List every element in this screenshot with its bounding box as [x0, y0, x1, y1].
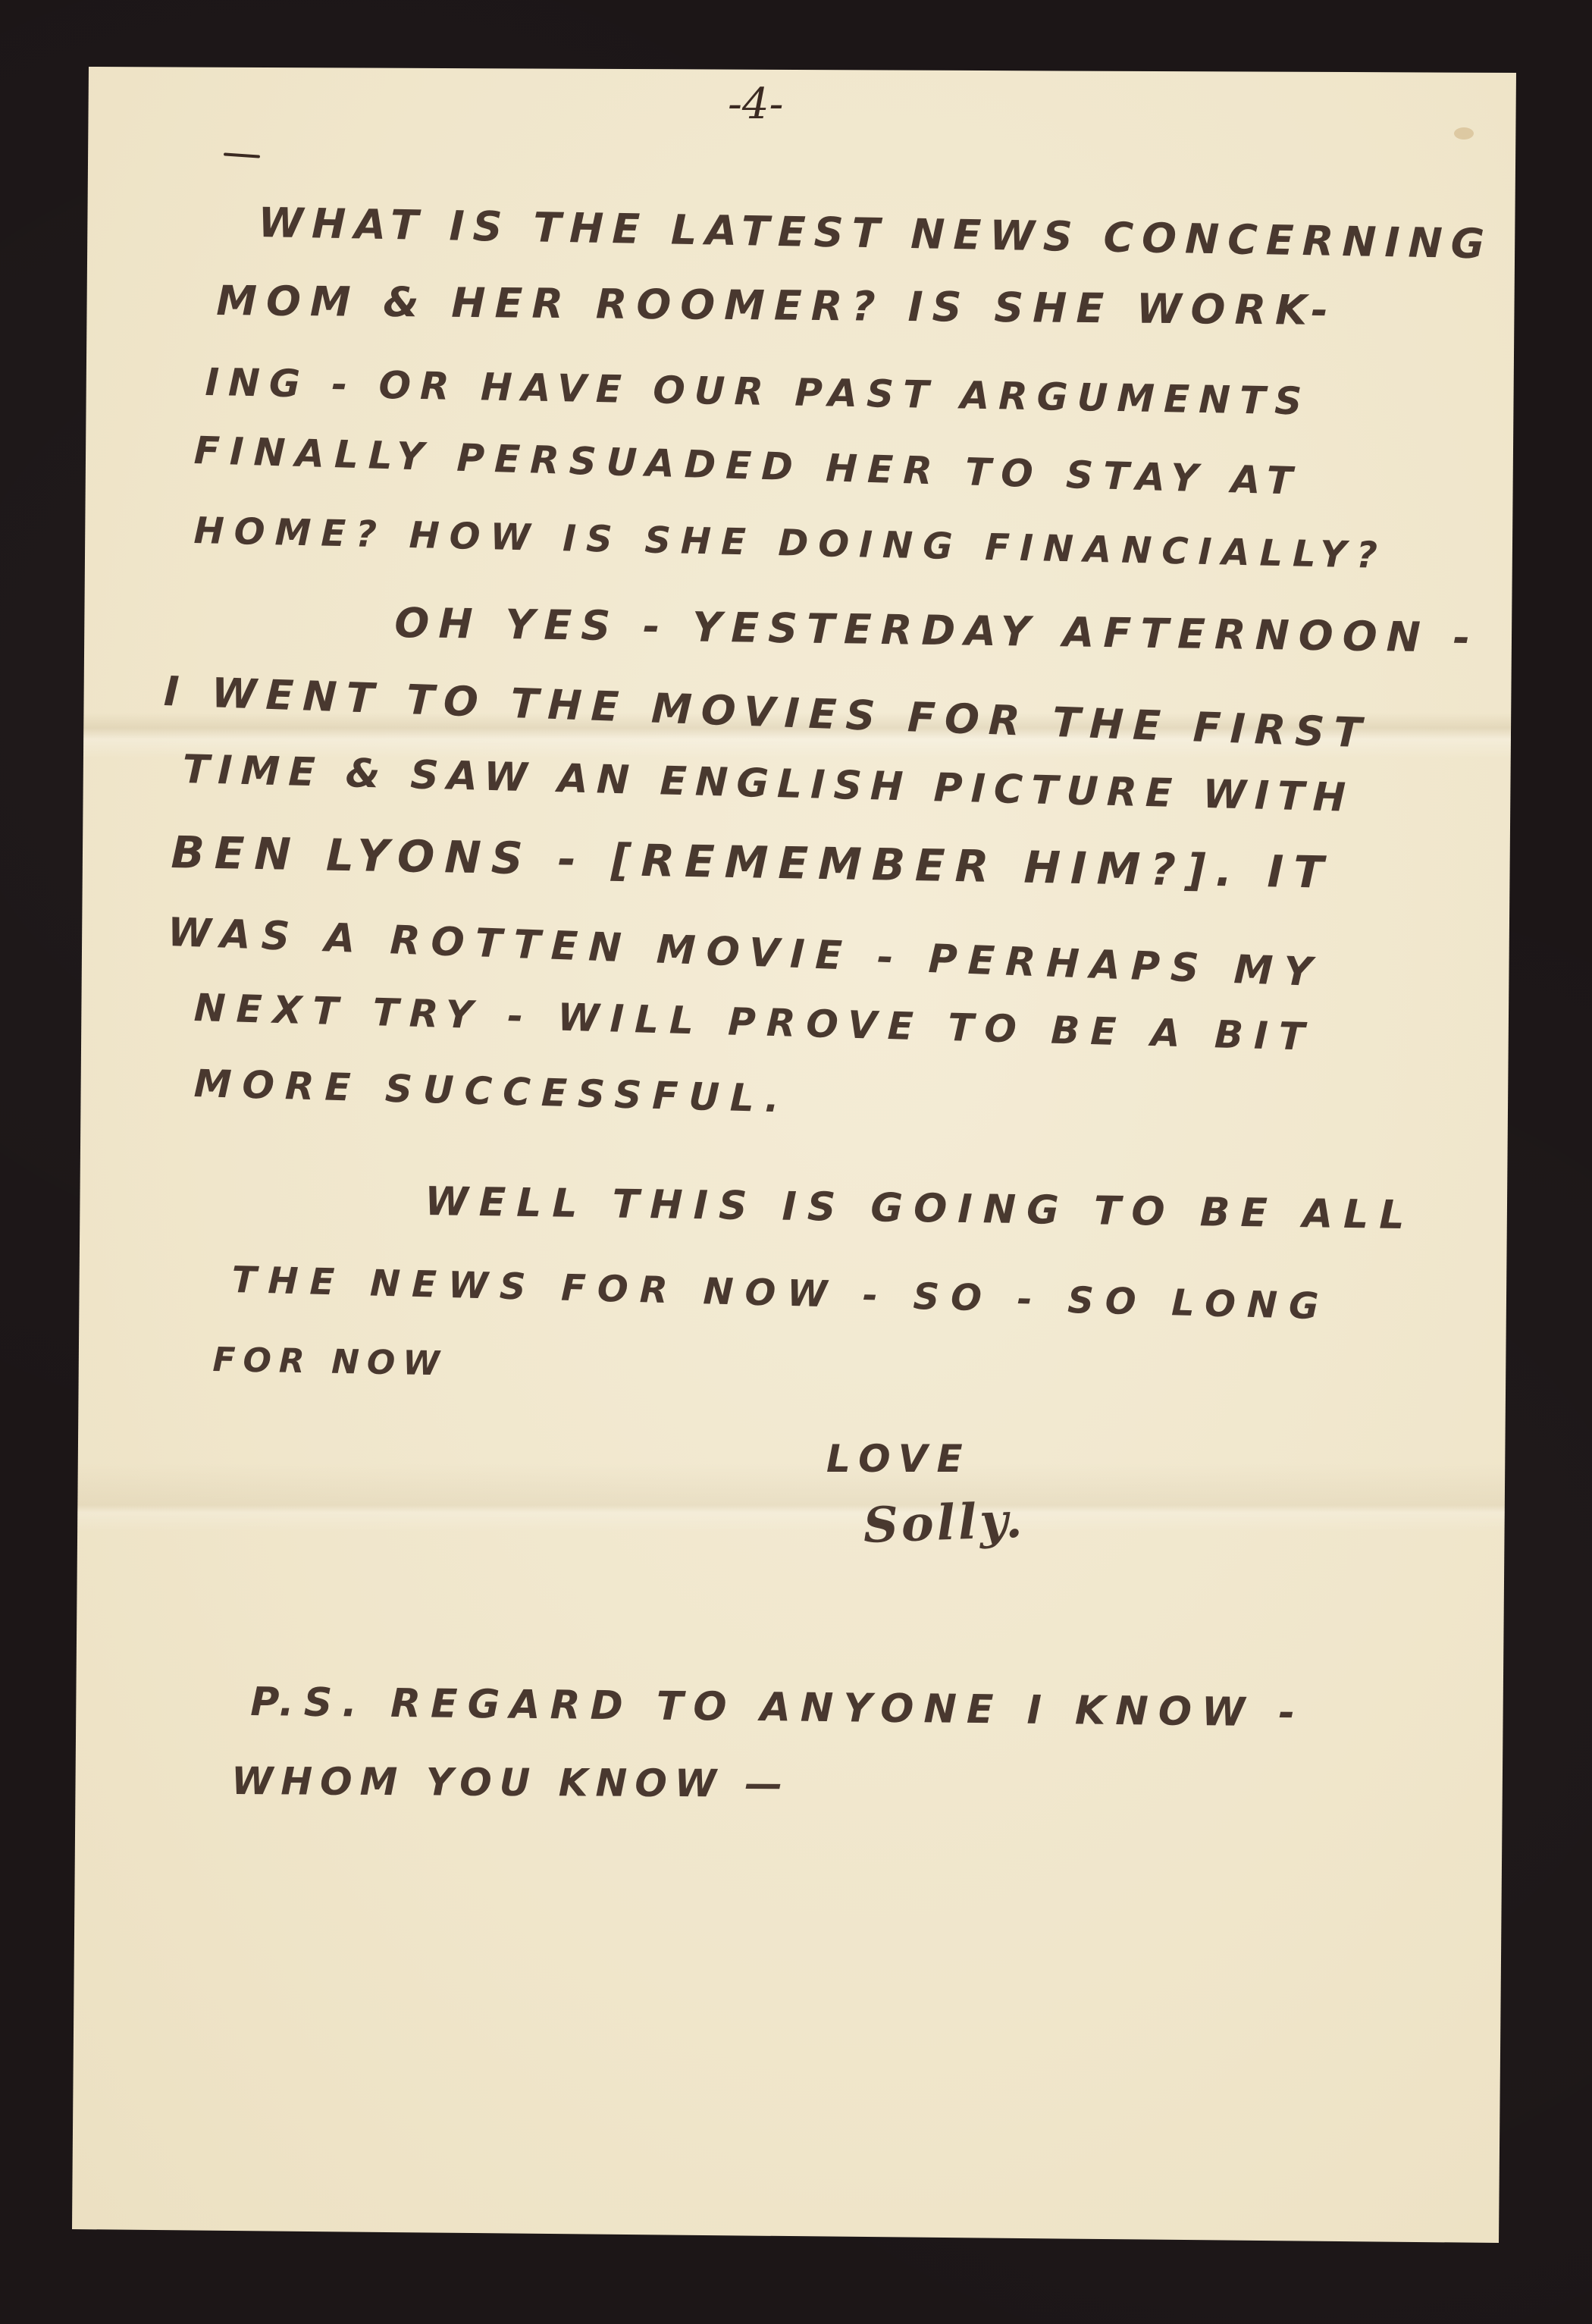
- letter-line: for now: [212, 1341, 447, 1383]
- closing-love: Love: [826, 1437, 972, 1481]
- letter-page: [0, 0, 1592, 2324]
- signature: Solly.: [862, 1492, 1026, 1554]
- paper-stain: [1454, 127, 1474, 140]
- postscript-line: whom you know —: [231, 1759, 791, 1806]
- page-number: -4-: [728, 80, 783, 129]
- letter-line: Mom & her Roomer? Is she work-: [216, 277, 1337, 334]
